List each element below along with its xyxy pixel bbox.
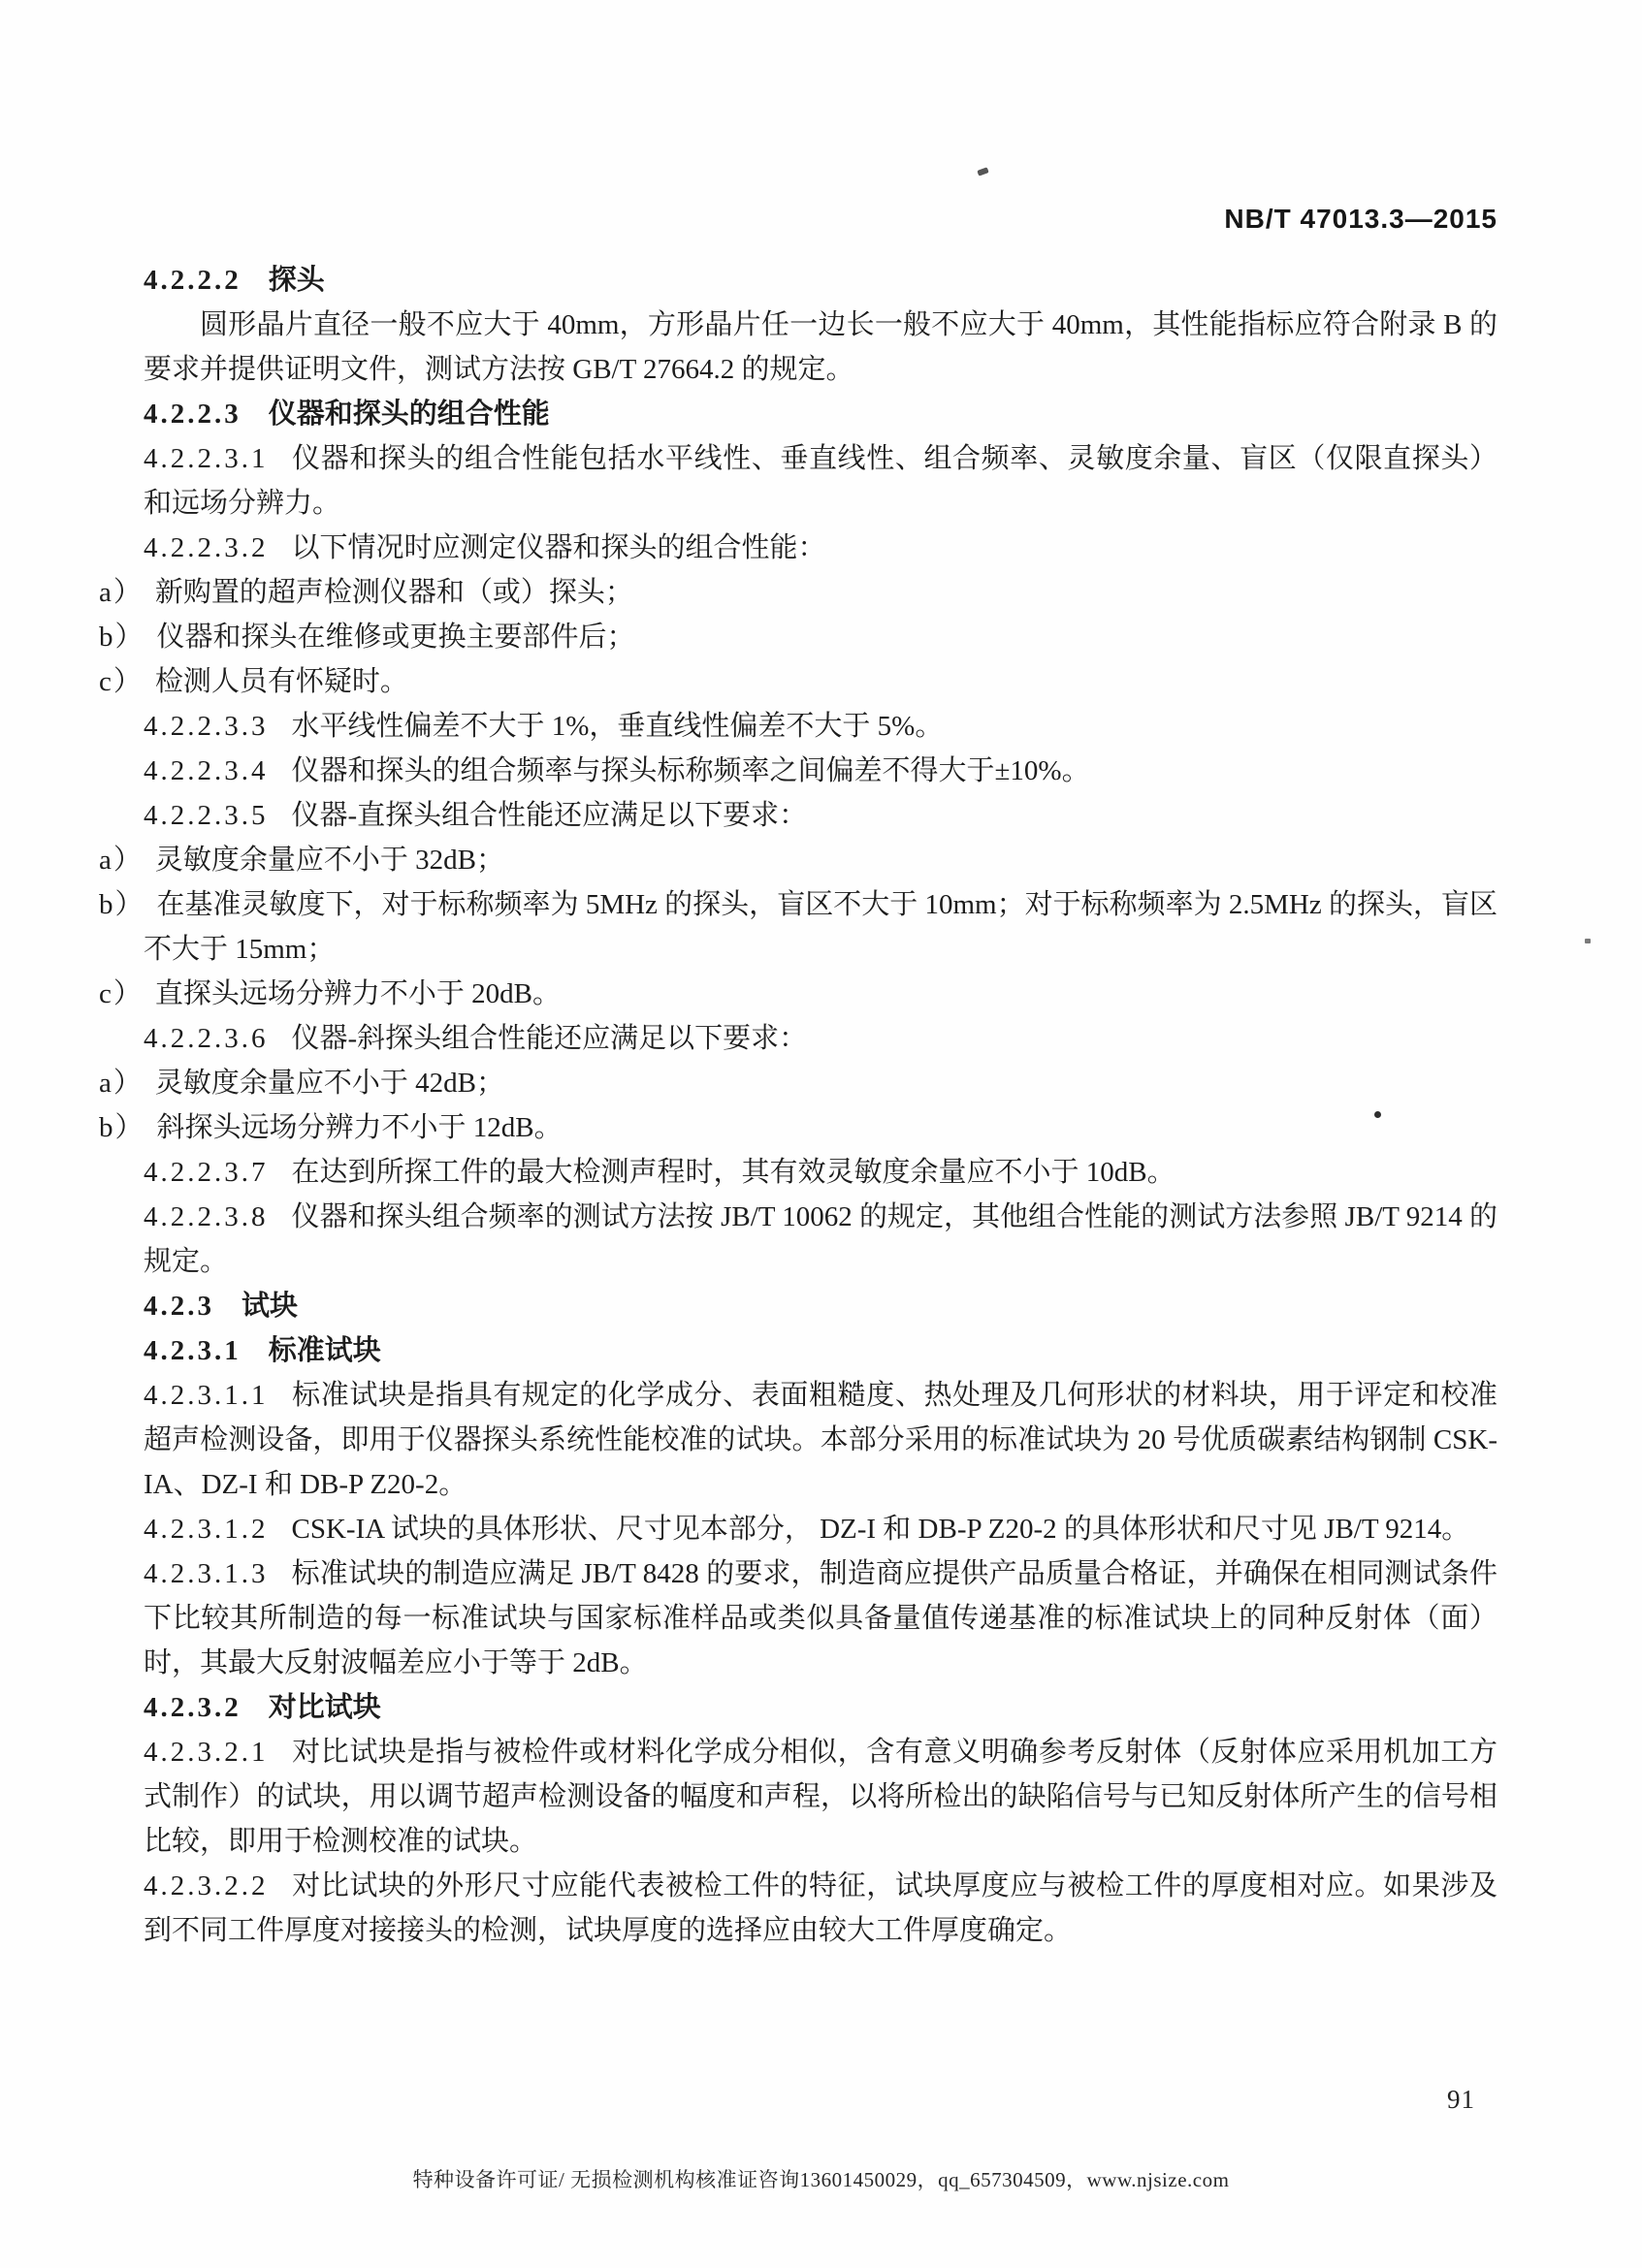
- document-page: NB/T 47013.3—2015 4.2.2.2探头 圆形晶片直径一般不应大于…: [0, 0, 1642, 2268]
- clause-text: 仪器和探头的组合频率与探头标称频率之间偏差不得大于±10%。: [292, 755, 1090, 786]
- clause-number: 4.2.2.3.4: [144, 755, 269, 786]
- list-item: c）检测人员有怀疑时。: [144, 659, 1497, 704]
- clause: 4.2.2.3.3水平线性偏差不大于 1%，垂直线性偏差不大于 5%。: [144, 704, 1497, 749]
- clause: 4.2.3.1.3标准试块的制造应满足 JB/T 8428 的要求，制造商应提供…: [144, 1551, 1497, 1685]
- clause-text: 在达到所探工件的最大检测声程时，其有效灵敏度余量应不小于 10dB。: [292, 1157, 1175, 1188]
- list-marker: c）: [99, 666, 144, 697]
- list-marker: b）: [99, 889, 145, 920]
- clause-text: CSK-IA 试块的具体形状、尺寸见本部分， DZ-I 和 DB-P Z20-2…: [292, 1514, 1470, 1545]
- section-number: 4.2.2.2: [144, 265, 241, 296]
- clause-text: 仪器-直探头组合性能还应满足以下要求：: [292, 800, 808, 831]
- clause-text: 标准试块是指具有规定的化学成分、表面粗糙度、热处理及几何形状的材料块，用于评定和…: [144, 1380, 1497, 1500]
- scan-artifact: [977, 167, 988, 176]
- list-marker: a）: [99, 577, 144, 608]
- page-header: NB/T 47013.3—2015: [144, 204, 1497, 235]
- clause-text: 对比试块的外形尺寸应能代表被检工件的特征，试块厚度应与被检工件的厚度相对应。如果…: [144, 1870, 1497, 1946]
- section-title: 探头: [269, 265, 325, 296]
- clause: 4.2.2.3.2以下情况时应测定仪器和探头的组合性能：: [144, 526, 1497, 570]
- clause-number: 4.2.3.1.2: [144, 1514, 269, 1545]
- section-title: 试块: [241, 1291, 298, 1322]
- list-item: c）直探头远场分辨力不小于 20dB。: [144, 972, 1497, 1016]
- list-marker: a）: [99, 1068, 144, 1099]
- list-marker: b）: [99, 622, 145, 653]
- list-item: b）仪器和探头在维修或更换主要部件后；: [144, 615, 1497, 659]
- section-number: 4.2.2.3: [144, 399, 241, 430]
- list-item-text: 在基准灵敏度下，对于标称频率为 5MHz 的探头，盲区不大于 10mm；对于标称…: [144, 889, 1497, 965]
- clause-number: 4.2.2.3.8: [144, 1201, 269, 1232]
- section-title: 对比试块: [269, 1692, 381, 1723]
- clause-text: 以下情况时应测定仪器和探头的组合性能：: [292, 532, 826, 563]
- list-marker: c）: [99, 978, 144, 1009]
- clause: 4.2.2.3.5仪器-直探头组合性能还应满足以下要求：: [144, 793, 1497, 838]
- section-heading: 4.2.2.2探头: [144, 258, 1497, 303]
- clause: 4.2.3.2.1对比试块是指与被检件或材料化学成分相似，含有意义明确参考反射体…: [144, 1730, 1497, 1864]
- section-heading: 4.2.2.3仪器和探头的组合性能: [144, 392, 1497, 436]
- clause: 4.2.2.3.8仪器和探头组合频率的测试方法按 JB/T 10062 的规定，…: [144, 1195, 1497, 1284]
- list-item-text: 新购置的超声检测仪器和（或）探头；: [155, 577, 633, 608]
- clause-number: 4.2.2.3.6: [144, 1023, 269, 1054]
- clause-number: 4.2.2.3.7: [144, 1157, 269, 1188]
- clause-number: 4.2.3.1.3: [144, 1558, 269, 1589]
- clause-text: 对比试块是指与被检件或材料化学成分相似，含有意义明确参考反射体（反射体应采用机加…: [144, 1737, 1497, 1857]
- clause-number: 4.2.2.3.1: [144, 443, 269, 474]
- section-heading: 4.2.3试块: [144, 1284, 1497, 1328]
- clause: 4.2.2.3.7在达到所探工件的最大检测声程时，其有效灵敏度余量应不小于 10…: [144, 1150, 1497, 1195]
- clause: 4.2.3.1.1标准试块是指具有规定的化学成分、表面粗糙度、热处理及几何形状的…: [144, 1373, 1497, 1507]
- paragraph: 圆形晶片直径一般不应大于 40mm，方形晶片任一边长一般不应大于 40mm，其性…: [144, 303, 1497, 392]
- scan-artifact: [1585, 939, 1591, 943]
- list-item: b）在基准灵敏度下，对于标称频率为 5MHz 的探头，盲区不大于 10mm；对于…: [144, 882, 1497, 972]
- clause-text: 仪器-斜探头组合性能还应满足以下要求：: [292, 1023, 808, 1054]
- clause-text: 水平线性偏差不大于 1%，垂直线性偏差不大于 5%。: [292, 711, 944, 742]
- clause-text: 仪器和探头的组合性能包括水平线性、垂直线性、组合频率、灵敏度余量、盲区（仅限直探…: [144, 443, 1497, 519]
- clause-number: 4.2.2.3.2: [144, 532, 269, 563]
- list-item: a）新购置的超声检测仪器和（或）探头；: [144, 570, 1497, 615]
- list-marker: a）: [99, 845, 144, 876]
- page-footer: 特种设备许可证/ 无损检测机构核准证咨询13601450029，qq_65730…: [0, 2164, 1642, 2193]
- standard-number: NB/T 47013.3—2015: [1224, 204, 1497, 234]
- clause-number: 4.2.2.3.3: [144, 711, 269, 742]
- clause: 4.2.3.1.2CSK-IA 试块的具体形状、尺寸见本部分， DZ-I 和 D…: [144, 1507, 1497, 1551]
- list-item: b）斜探头远场分辨力不小于 12dB。: [144, 1105, 1497, 1150]
- document-content: 4.2.2.2探头 圆形晶片直径一般不应大于 40mm，方形晶片任一边长一般不应…: [144, 258, 1497, 1953]
- clause-number: 4.2.3.2.1: [144, 1737, 269, 1768]
- clause-text: 标准试块的制造应满足 JB/T 8428 的要求，制造商应提供产品质量合格证，并…: [144, 1558, 1497, 1678]
- section-title: 仪器和探头的组合性能: [269, 399, 550, 430]
- clause-number: 4.2.3.1.1: [144, 1380, 269, 1411]
- paragraph-text: 圆形晶片直径一般不应大于 40mm，方形晶片任一边长一般不应大于 40mm，其性…: [144, 309, 1497, 385]
- section-title: 标准试块: [269, 1335, 381, 1366]
- page-number: 91: [1447, 2085, 1475, 2115]
- clause: 4.2.2.3.6仪器-斜探头组合性能还应满足以下要求：: [144, 1016, 1497, 1061]
- section-number: 4.2.3.1: [144, 1335, 241, 1366]
- clause-text: 仪器和探头组合频率的测试方法按 JB/T 10062 的规定，其他组合性能的测试…: [144, 1201, 1497, 1277]
- clause-number: 4.2.3.2.2: [144, 1870, 269, 1901]
- list-item-text: 斜探头远场分辨力不小于 12dB。: [157, 1112, 563, 1143]
- list-item-text: 灵敏度余量应不小于 42dB；: [155, 1068, 504, 1099]
- list-item: a）灵敏度余量应不小于 32dB；: [144, 838, 1497, 882]
- list-item: a）灵敏度余量应不小于 42dB；: [144, 1061, 1497, 1105]
- clause: 4.2.3.2.2对比试块的外形尺寸应能代表被检工件的特征，试块厚度应与被检工件…: [144, 1864, 1497, 1953]
- clause: 4.2.2.3.4仪器和探头的组合频率与探头标称频率之间偏差不得大于±10%。: [144, 749, 1497, 793]
- section-number: 4.2.3: [144, 1291, 214, 1322]
- list-item-text: 检测人员有怀疑时。: [155, 666, 408, 697]
- clause: 4.2.2.3.1仪器和探头的组合性能包括水平线性、垂直线性、组合频率、灵敏度余…: [144, 436, 1497, 526]
- section-heading: 4.2.3.2对比试块: [144, 1685, 1497, 1730]
- footer-watermark: 特种设备许可证/ 无损检测机构核准证咨询13601450029，qq_65730…: [413, 2168, 1230, 2191]
- list-item-text: 灵敏度余量应不小于 32dB；: [155, 845, 504, 876]
- list-item-text: 直探头远场分辨力不小于 20dB。: [155, 978, 561, 1009]
- section-heading: 4.2.3.1标准试块: [144, 1328, 1497, 1373]
- section-number: 4.2.3.2: [144, 1692, 241, 1723]
- list-marker: b）: [99, 1112, 145, 1143]
- clause-number: 4.2.2.3.5: [144, 800, 269, 831]
- list-item-text: 仪器和探头在维修或更换主要部件后；: [157, 622, 635, 653]
